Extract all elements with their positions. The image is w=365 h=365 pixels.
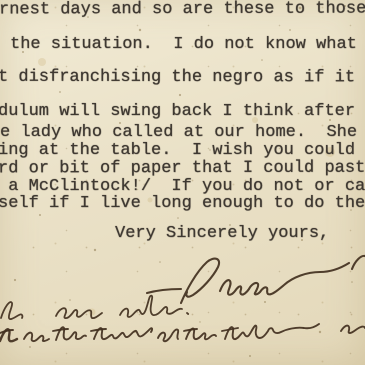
handwritten-note-line-1 bbox=[1, 296, 188, 319]
letter-page: rnest days and so are these to those the… bbox=[0, 0, 365, 365]
handwriting-layer bbox=[0, 0, 365, 365]
handwritten-note-line-2 bbox=[0, 324, 365, 341]
signature-susan bbox=[147, 256, 365, 303]
